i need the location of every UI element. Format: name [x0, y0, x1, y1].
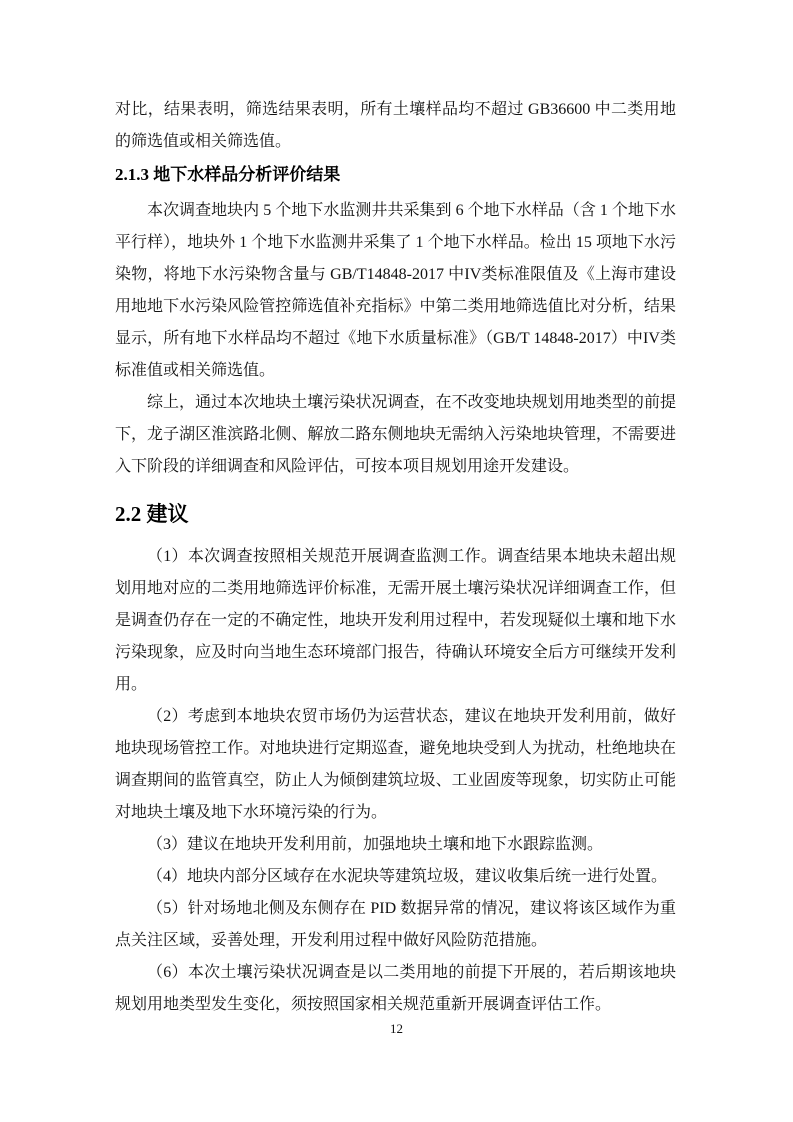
paragraph-conclusion: 综上，通过本次地块土壤污染状况调查，在不改变地块规划用地类型的前提下，龙子湖区淮… [115, 387, 676, 483]
document-body: 对比，结果表明，筛选结果表明，所有土壤样品均不超过 GB36600 中二类用地的… [115, 94, 676, 1021]
recommendation-item-6: （6）本次土壤污染状况调查是以二类用地的前提下开展的，若后期该地块规划用地类型发… [115, 957, 676, 1021]
recommendation-item-1: （1）本次调查按照相关规范开展调查监测工作。调查结果本地块未超出规划用地对应的二… [115, 541, 676, 701]
recommendation-item-2: （2）考虑到本地块农贸市场仍为运营状态，建议在地块开发利用前，做好地块现场管控工… [115, 701, 676, 829]
paragraph-soil-screening-result: 对比，结果表明，筛选结果表明，所有土壤样品均不超过 GB36600 中二类用地的… [115, 94, 676, 158]
recommendation-item-4: （4）地块内部分区域存在水泥块等建筑垃圾，建议收集后统一进行处置。 [115, 861, 676, 893]
page-footer: 12 [0, 1020, 793, 1038]
paragraph-groundwater-result: 本次调查地块内 5 个地下水监测井共采集到 6 个地下水样品（含 1 个地下水平… [115, 195, 676, 387]
recommendation-item-5: （5）针对场地北侧及东侧存在 PID 数据异常的情况，建议将该区域作为重点关注区… [115, 893, 676, 957]
recommendation-item-3: （3）建议在地块开发利用前，加强地块土壤和地下水跟踪监测。 [115, 829, 676, 861]
heading-2-1-3: 2.1.3 地下水样品分析评价结果 [115, 160, 676, 190]
document-page: 对比，结果表明，筛选结果表明，所有土壤样品均不超过 GB36600 中二类用地的… [0, 0, 793, 1122]
heading-2-2: 2.2 建议 [115, 498, 676, 530]
page-number: 12 [390, 1021, 403, 1036]
